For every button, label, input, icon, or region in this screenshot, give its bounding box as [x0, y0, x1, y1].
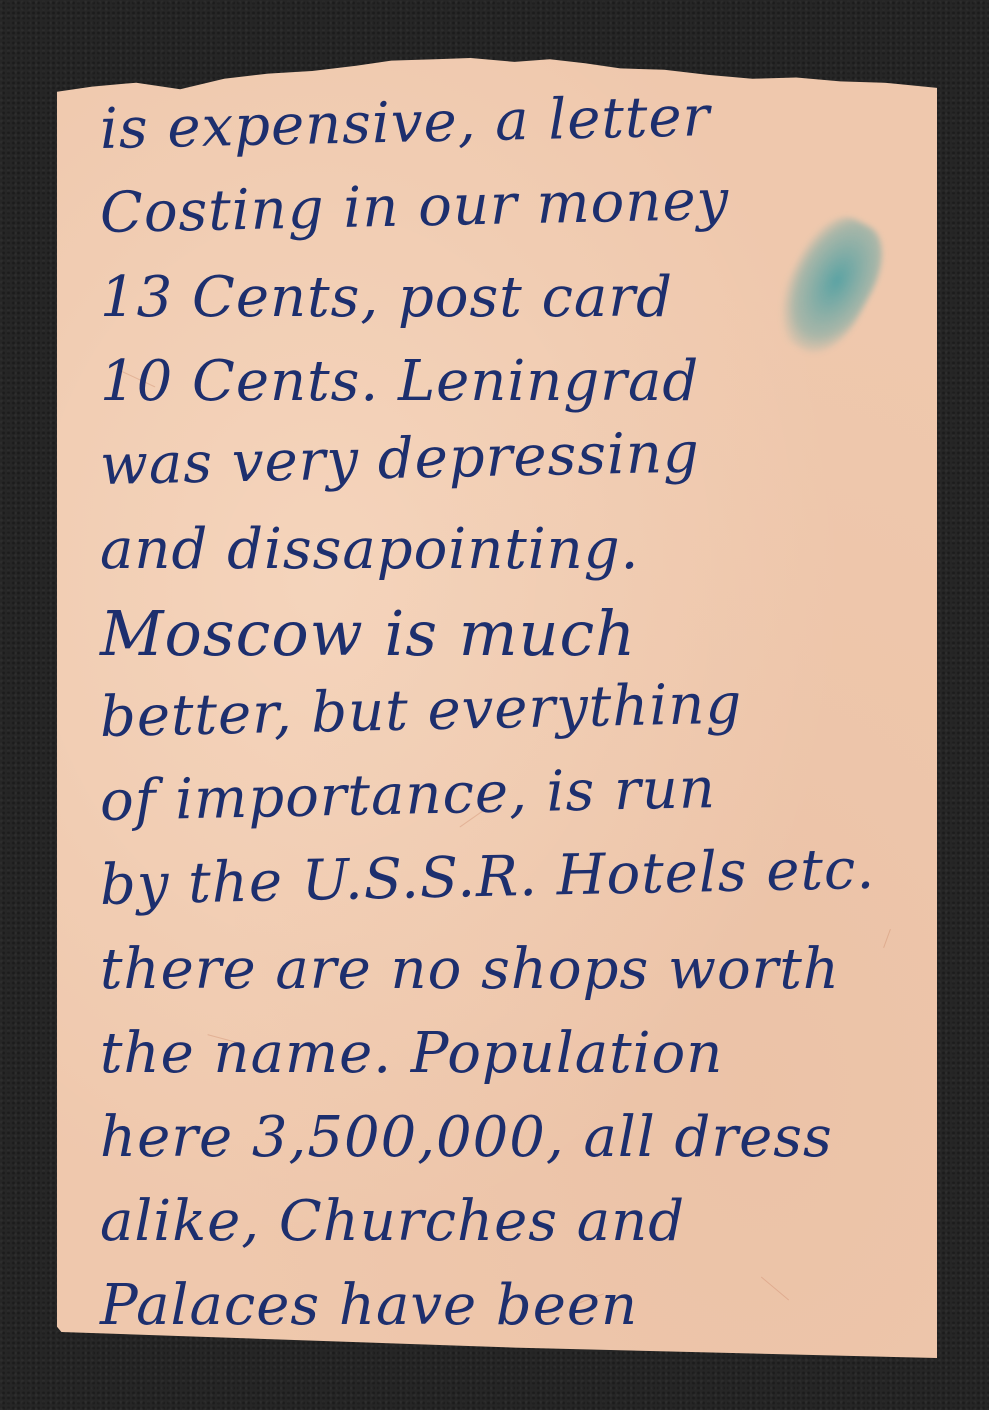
text-line-3: 13 Cents, post card [100, 256, 900, 340]
text-line-6: and dissapointing. [100, 508, 900, 592]
text-line-12: the name. Population [100, 1012, 900, 1096]
text-line-14: alike, Churches and [100, 1180, 900, 1264]
text-line-11: there are no shops worth [100, 928, 900, 1012]
text-line-15: Palaces have been [100, 1264, 900, 1348]
text-line-13: here 3,500,000, all dress [100, 1096, 900, 1180]
handwritten-text: is expensive, a letter Costing in our mo… [100, 88, 900, 1348]
text-line-10: by the U.S.S.R. Hotels etc. [99, 827, 901, 928]
text-line-5: was very depressing [99, 407, 901, 508]
text-line-2: Costing in our money [99, 155, 901, 256]
